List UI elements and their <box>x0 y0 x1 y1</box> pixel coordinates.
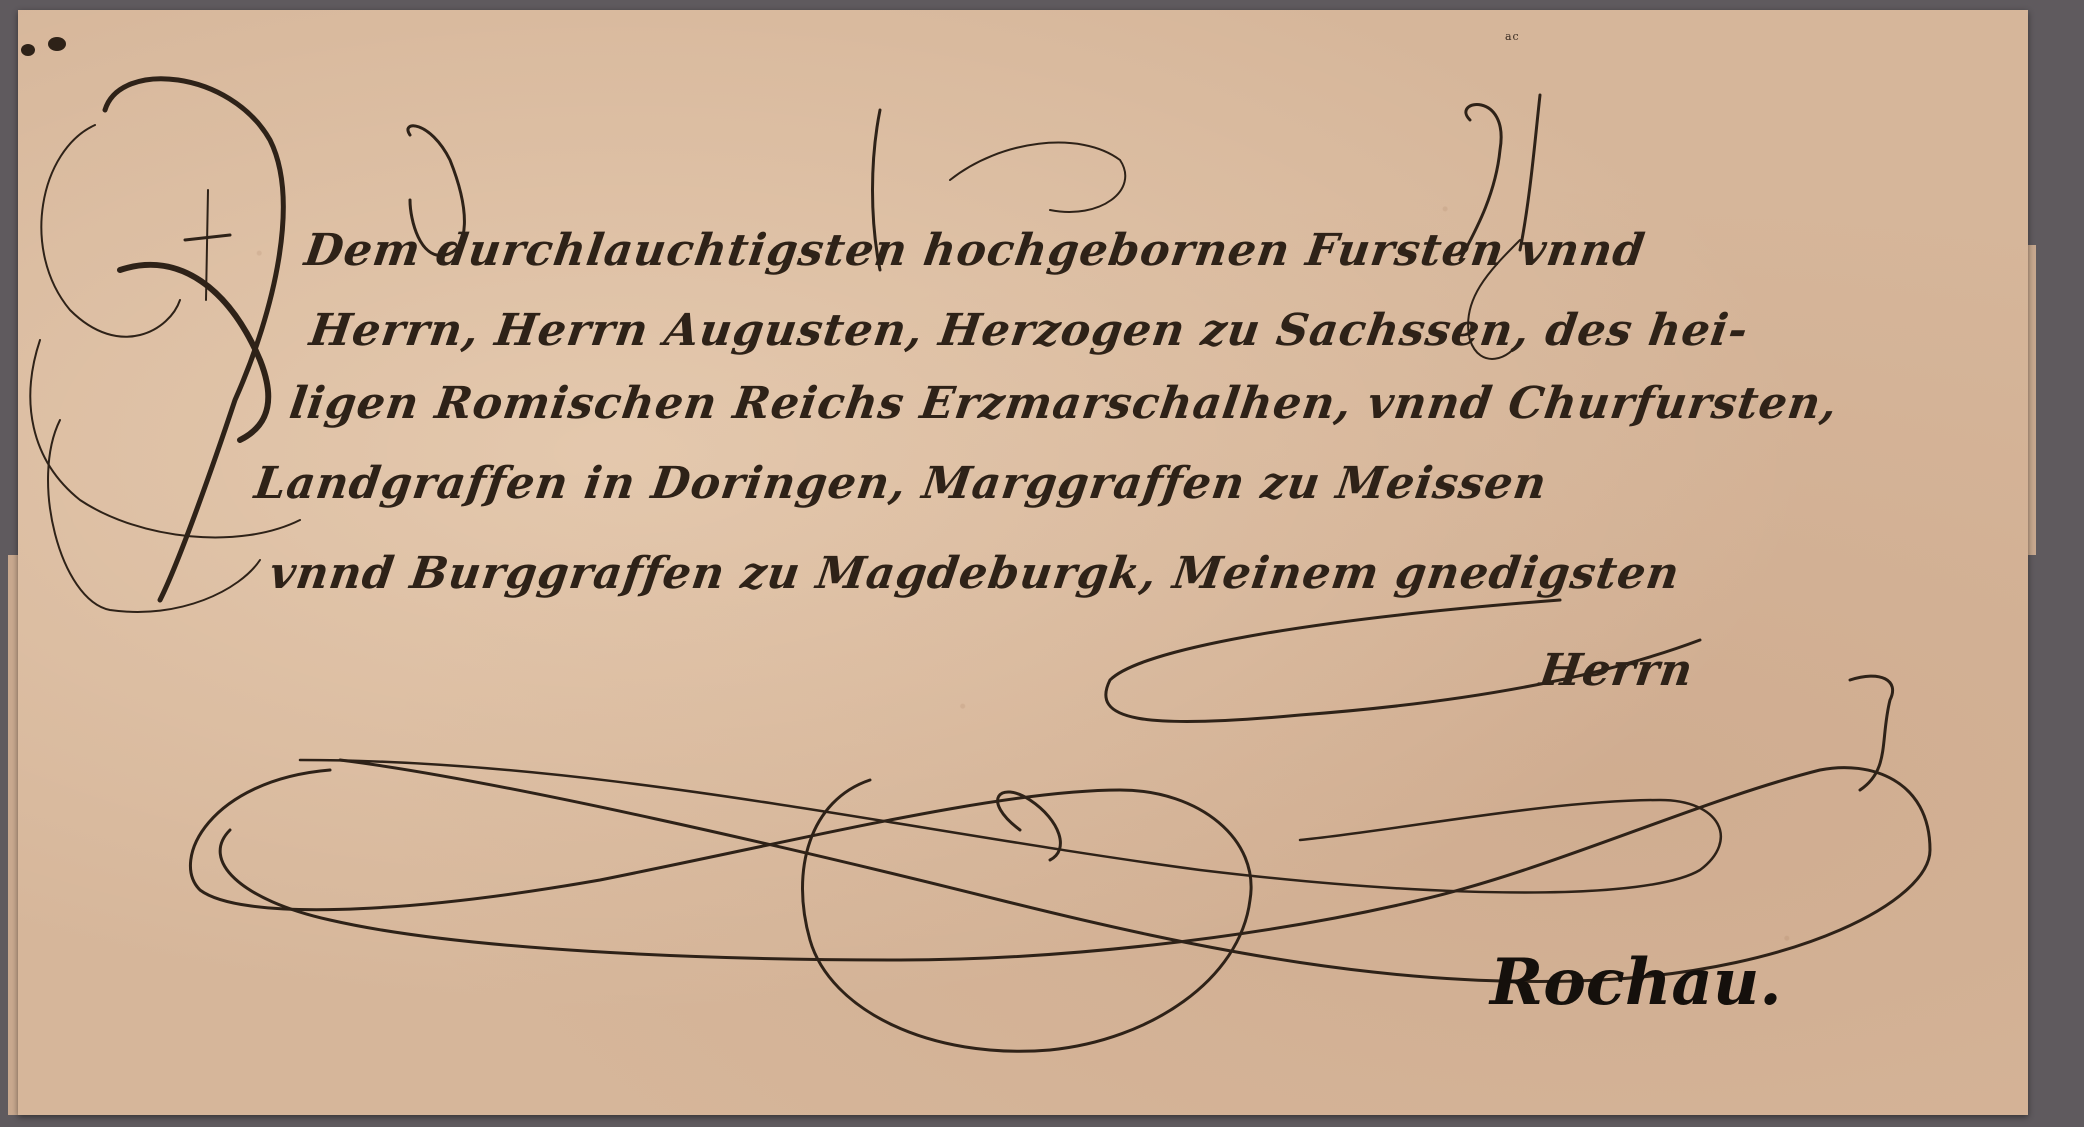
address-line-5: vnnd Burggraffen zu Magdeburgk, Meinem g… <box>266 548 1683 599</box>
address-line-2: Herrn, Herrn Augusten, Herzogen zu Sachs… <box>306 305 1751 356</box>
marginal-mark: ac <box>1505 30 1520 43</box>
address-line-4: Landgraffen in Doringen, Marggraffen zu … <box>251 458 1550 509</box>
address-line-1: Dem durchlauchtigsten hochgebornen Furst… <box>301 225 1648 276</box>
signature: Rochau. <box>1490 945 1782 1020</box>
address-line-6: Herrn <box>1536 645 1696 696</box>
address-line-3: ligen Romischen Reichs Erzmarschalhen, v… <box>286 378 1841 429</box>
